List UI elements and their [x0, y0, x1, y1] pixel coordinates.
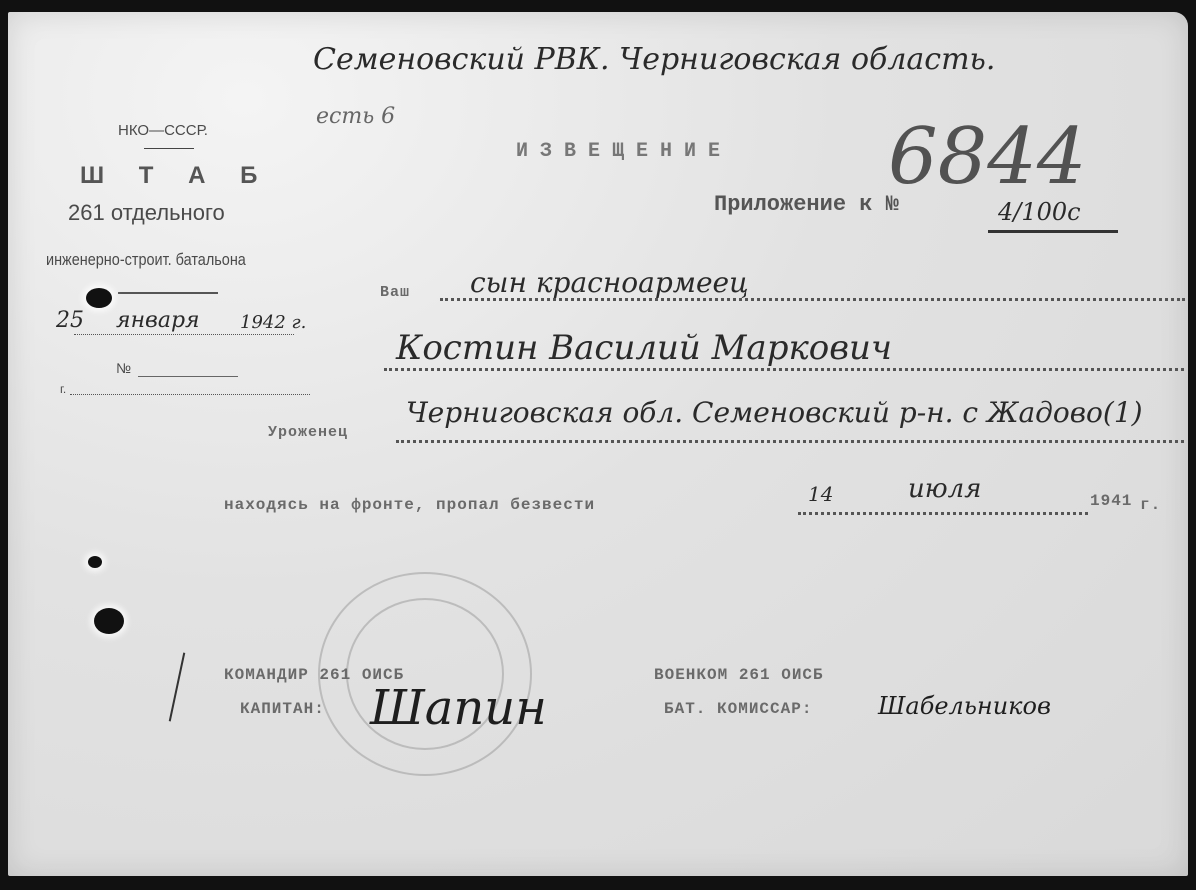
stamp-city-label: г. [60, 382, 66, 396]
commander-signature: Шапин [370, 680, 547, 736]
stamp-nko: НКО—СССР. [118, 122, 208, 139]
commander-rank: КАПИТАН: [240, 700, 325, 718]
document-paper: Семеновский РВК. Черниговская область. е… [8, 12, 1188, 876]
document-title: ИЗВЕЩЕНИЕ [516, 140, 732, 163]
birthplace-value: Черниговская обл. Семеновский р-н. с Жад… [406, 396, 1143, 429]
birthplace-line [396, 440, 1184, 443]
name-line [384, 368, 1184, 371]
stamp-rule [144, 148, 194, 149]
relation-label: Ваш [380, 284, 410, 301]
full-name: Костин Василий Маркович [396, 328, 892, 368]
header-handwritten: Семеновский РВК. Черниговская область. [313, 42, 995, 77]
stamp-rule-2 [118, 292, 218, 294]
stamp-date-year: 1942 г. [240, 312, 306, 333]
stamp-number-label: № [116, 360, 131, 376]
number-line [138, 376, 238, 377]
punch-hole [94, 608, 124, 634]
relation-line [440, 298, 1185, 301]
margin-mark [169, 653, 186, 722]
stamp-date-day: 25 [56, 308, 84, 333]
appendix-number: 4/100с [998, 198, 1081, 226]
stamp-battalion: инженерно-строит. батальона [46, 250, 246, 270]
punch-hole [88, 556, 102, 568]
commissar-rank: БАТ. КОМИССАР: [664, 700, 812, 718]
stamp-shtab: Ш Т А Б [80, 162, 271, 190]
birthplace-label: Уроженец [268, 424, 348, 441]
margin-note: есть 6 [316, 104, 395, 129]
city-line [70, 394, 310, 395]
punch-hole [86, 288, 112, 308]
missing-day: 14 [808, 482, 833, 506]
large-number: 6844 [888, 112, 1087, 202]
stamp-date-month: января [116, 308, 200, 333]
missing-year-suffix: г. [1140, 496, 1161, 514]
missing-year: 1941 [1090, 492, 1132, 510]
commissar-title: ВОЕНКОМ 261 ОИСБ [654, 666, 824, 684]
commissar-signature: Шабельников [878, 692, 1051, 720]
appendix-label: Приложение к № [714, 192, 899, 217]
appendix-underline [988, 230, 1118, 233]
stamp-unit: 261 отдельного [68, 200, 225, 226]
missing-month: июля [908, 474, 981, 504]
missing-date-line [798, 512, 1088, 515]
relation-value: сын красноармеец [470, 266, 749, 299]
date-underline [74, 334, 294, 335]
missing-text: находясь на фронте, пропал безвести [224, 496, 595, 514]
